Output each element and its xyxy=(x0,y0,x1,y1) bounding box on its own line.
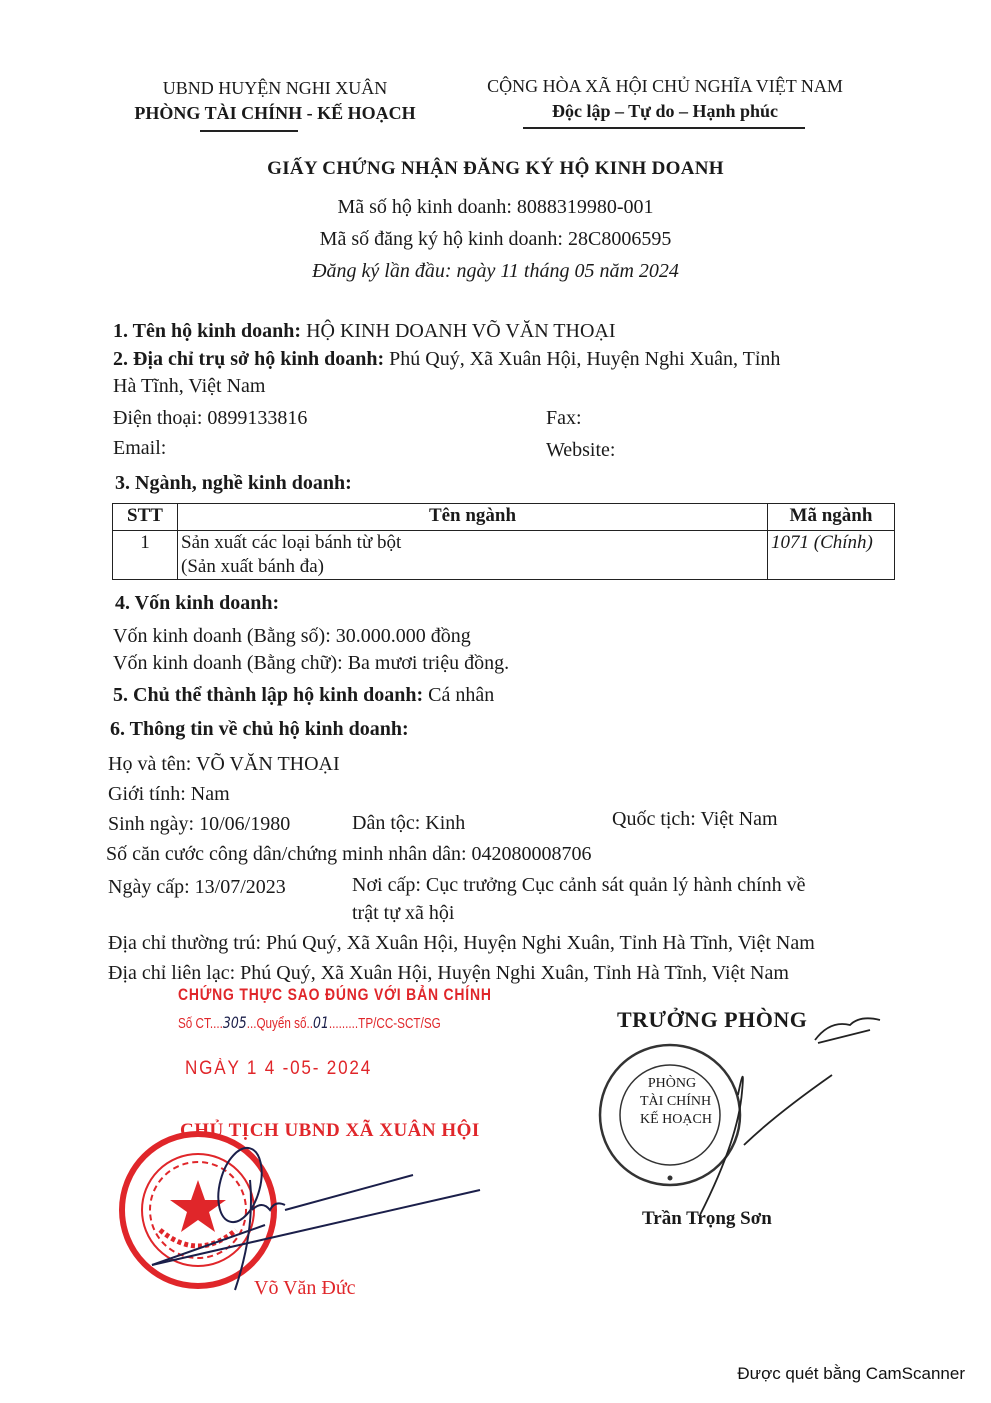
email: Email: xyxy=(113,437,166,460)
section-capital: 4. Vốn kinh doanh: xyxy=(115,592,279,615)
department-head-title: TRƯỞNG PHÒNG xyxy=(617,1007,807,1033)
owner-id-issue-place: Nơi cấp: Cục trưởng Cục cảnh sát quản lý… xyxy=(352,874,806,897)
cert-book-label: ...Quyển số.. xyxy=(247,1015,313,1032)
chairman-name: Võ Văn Đức xyxy=(254,1277,356,1300)
cell-code: 1071 (Chính) xyxy=(768,531,895,580)
section-address: 2. Địa chỉ trụ sở hộ kinh doanh: Phú Quý… xyxy=(113,348,780,371)
business-code: Mã số hộ kinh doanh: 8088319980-001 xyxy=(0,196,991,219)
department-name: PHÒNG TÀI CHÍNH - KẾ HOẠCH xyxy=(110,100,440,126)
owner-id-issue-place-cont: trật tự xã hội xyxy=(352,902,454,925)
cert-code: .........TP/CC-SCT/SG xyxy=(329,1015,441,1032)
certification-stamp-title: CHỨNG THỰC SAO ĐÚNG VỚI BẢN CHÍNH xyxy=(178,985,492,1005)
cert-number: 305 xyxy=(223,1013,247,1032)
owner-contact-address: Địa chỉ liên lạc: Phú Quý, Xã Xuân Hội, … xyxy=(108,962,789,985)
fax: Fax: xyxy=(546,407,582,430)
divider xyxy=(200,130,298,132)
business-name: HỘ KINH DOANH VÕ VĂN THOẠI xyxy=(306,320,615,342)
owner-id-issue-date: Ngày cấp: 13/07/2023 xyxy=(108,876,286,899)
issuing-authority: UBND HUYỆN NGHI XUÂN PHÒNG TÀI CHÍNH - K… xyxy=(110,76,440,126)
table-header-row: STT Tên ngành Mã ngành xyxy=(113,504,895,531)
capital-words: Vốn kinh doanh (Bằng chữ): Ba mươi triệu… xyxy=(113,652,509,675)
website: Website: xyxy=(546,439,615,462)
cert-number-label: Số CT.... xyxy=(178,1015,223,1032)
department-seal-center: PHÒNG TÀI CHÍNH KẾ HOẠCH xyxy=(640,1075,704,1129)
phone: Điện thoại: 0899133816 xyxy=(113,407,307,430)
owner-ethnicity: Dân tộc: Kinh xyxy=(352,812,465,835)
capital-numeric: Vốn kinh doanh (Bằng số): 30.000.000 đồn… xyxy=(113,625,471,648)
founder-type: Cá nhân xyxy=(428,684,494,706)
section-business-lines: 3. Ngành, nghề kinh doanh: xyxy=(115,472,352,495)
cert-book-number: 01 xyxy=(313,1013,329,1032)
seal-line: PHÒNG xyxy=(640,1075,704,1093)
country-name: CỘNG HÒA XÃ HỘI CHỦ NGHĨA VIỆT NAM xyxy=(455,74,875,98)
header-stt: STT xyxy=(113,504,178,531)
address-line-2: Hà Tĩnh, Việt Nam xyxy=(113,375,265,398)
cell-name: Sản xuất các loại bánh từ bột (Sản xuất … xyxy=(178,531,768,580)
owner-full-name: Họ và tên: VÕ VĂN THOẠI xyxy=(108,753,340,776)
owner-permanent-address: Địa chỉ thường trú: Phú Quý, Xã Xuân Hội… xyxy=(108,932,815,955)
business-lines-table: STT Tên ngành Mã ngành 1 Sản xuất các lo… xyxy=(112,503,895,580)
section-business-name: 1. Tên hộ kinh doanh: HỘ KINH DOANH VÕ V… xyxy=(113,320,616,343)
certification-date: NGÀY 1 4 -05- 2024 xyxy=(185,1058,372,1080)
commune-seal xyxy=(122,1134,274,1286)
department-head-name: Trần Trọng Sơn xyxy=(642,1208,772,1230)
section-label: 1. Tên hộ kinh doanh: xyxy=(113,320,301,342)
scanner-watermark: Được quét bằng CamScanner xyxy=(737,1364,965,1384)
owner-nationality: Quốc tịch: Việt Nam xyxy=(612,808,778,831)
divider xyxy=(523,127,805,129)
section-owner-info: 6. Thông tin về chủ hộ kinh doanh: xyxy=(110,718,409,741)
registration-code: Mã số đăng ký hộ kinh doanh: 28C8006595 xyxy=(0,228,991,251)
business-line-detail: (Sản xuất bánh đa) xyxy=(181,555,764,579)
seal-line: KẾ HOẠCH xyxy=(640,1111,704,1129)
business-line-name: Sản xuất các loại bánh từ bột xyxy=(181,531,764,555)
cell-stt: 1 xyxy=(113,531,178,580)
certification-stamp-numbers: Số CT....305...Quyển số..01.........TP/C… xyxy=(178,1013,441,1032)
section-label: 2. Địa chỉ trụ sở hộ kinh doanh: xyxy=(113,348,384,370)
district-committee: UBND HUYỆN NGHI XUÂN xyxy=(110,76,440,100)
national-motto: Độc lập – Tự do – Hạnh phúc xyxy=(455,98,875,124)
chairman-signature xyxy=(152,1143,480,1290)
section-founder-type: 5. Chủ thể thành lập hộ kinh doanh: Cá n… xyxy=(113,684,494,707)
owner-dob: Sinh ngày: 10/06/1980 xyxy=(108,813,290,836)
national-heading: CỘNG HÒA XÃ HỘI CHỦ NGHĨA VIỆT NAM Độc l… xyxy=(455,74,875,124)
owner-gender: Giới tính: Nam xyxy=(108,783,230,806)
first-registration-date: Đăng ký lần đầu: ngày 11 tháng 05 năm 20… xyxy=(0,260,991,283)
header-code: Mã ngành xyxy=(768,504,895,531)
head-signature xyxy=(700,1018,880,1215)
chairman-title: CHỦ TỊCH UBND XÃ XUÂN HỘI xyxy=(180,1120,480,1142)
header-name: Tên ngành xyxy=(178,504,768,531)
owner-id-number: Số căn cước công dân/chứng minh nhân dân… xyxy=(106,843,592,866)
seal-line: TÀI CHÍNH xyxy=(640,1093,704,1111)
address-line-1: Phú Quý, Xã Xuân Hội, Huyện Nghi Xuân, T… xyxy=(389,348,780,370)
document-title: GIẤY CHỨNG NHẬN ĐĂNG KÝ HỘ KINH DOANH xyxy=(0,158,991,180)
section-label: 5. Chủ thể thành lập hộ kinh doanh: xyxy=(113,684,423,706)
table-row: 1 Sản xuất các loại bánh từ bột (Sản xuấ… xyxy=(113,531,895,580)
